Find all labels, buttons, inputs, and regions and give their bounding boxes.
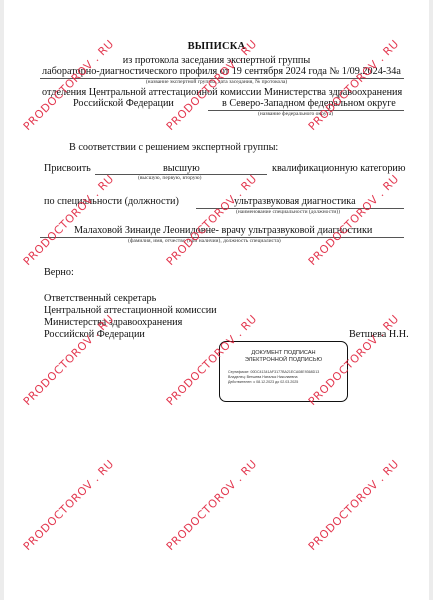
specialty-caption: (наименование специальности (должности)) xyxy=(236,209,340,215)
person-caption: (фамилия, имя, отчество (при наличии), д… xyxy=(128,238,281,244)
stamp-certificate: Сертификат: 00DC41341AF3177BA21ECA08E936… xyxy=(228,370,319,374)
category-caption: (высшую, первую, вторую) xyxy=(138,175,201,181)
stamp-heading-2: ЭЛЕКТРОННОЙ ПОДПИСЬЮ xyxy=(220,357,347,363)
category-value: высшую xyxy=(163,163,200,174)
stamp-heading-1: ДОКУМЕНТ ПОДПИСАН xyxy=(220,350,347,356)
assign-label: Присвоить xyxy=(44,163,91,174)
specialty-value: ультразвуковая диагностика xyxy=(234,196,356,207)
person-value: Малаховой Зинаиде Леонидовне- врачу ульт… xyxy=(74,225,372,236)
stamp-validity: Действителен: с 08.12.2023 до 02.03.2025 xyxy=(228,380,298,384)
category-suffix: квалификационную категорию xyxy=(272,163,406,174)
department-line-2-right: в Северо-Западном федеральном округе xyxy=(222,98,396,109)
signer-line-1: Ответственный секретарь xyxy=(44,293,156,304)
decision-intro: В соответствии с решением экспертной гру… xyxy=(69,142,278,153)
document-title: ВЫПИСКА xyxy=(0,41,433,52)
department-line-2-left: Российской Федерации xyxy=(73,98,174,109)
signer-line-2: Центральной аттестационной комиссии xyxy=(44,305,217,316)
stamp-owner: Владелец: Ветшева Наталья Николаевна xyxy=(228,375,297,379)
specialty-label: по специальности (должности) xyxy=(44,196,179,207)
verified-label: Верно: xyxy=(44,267,74,278)
